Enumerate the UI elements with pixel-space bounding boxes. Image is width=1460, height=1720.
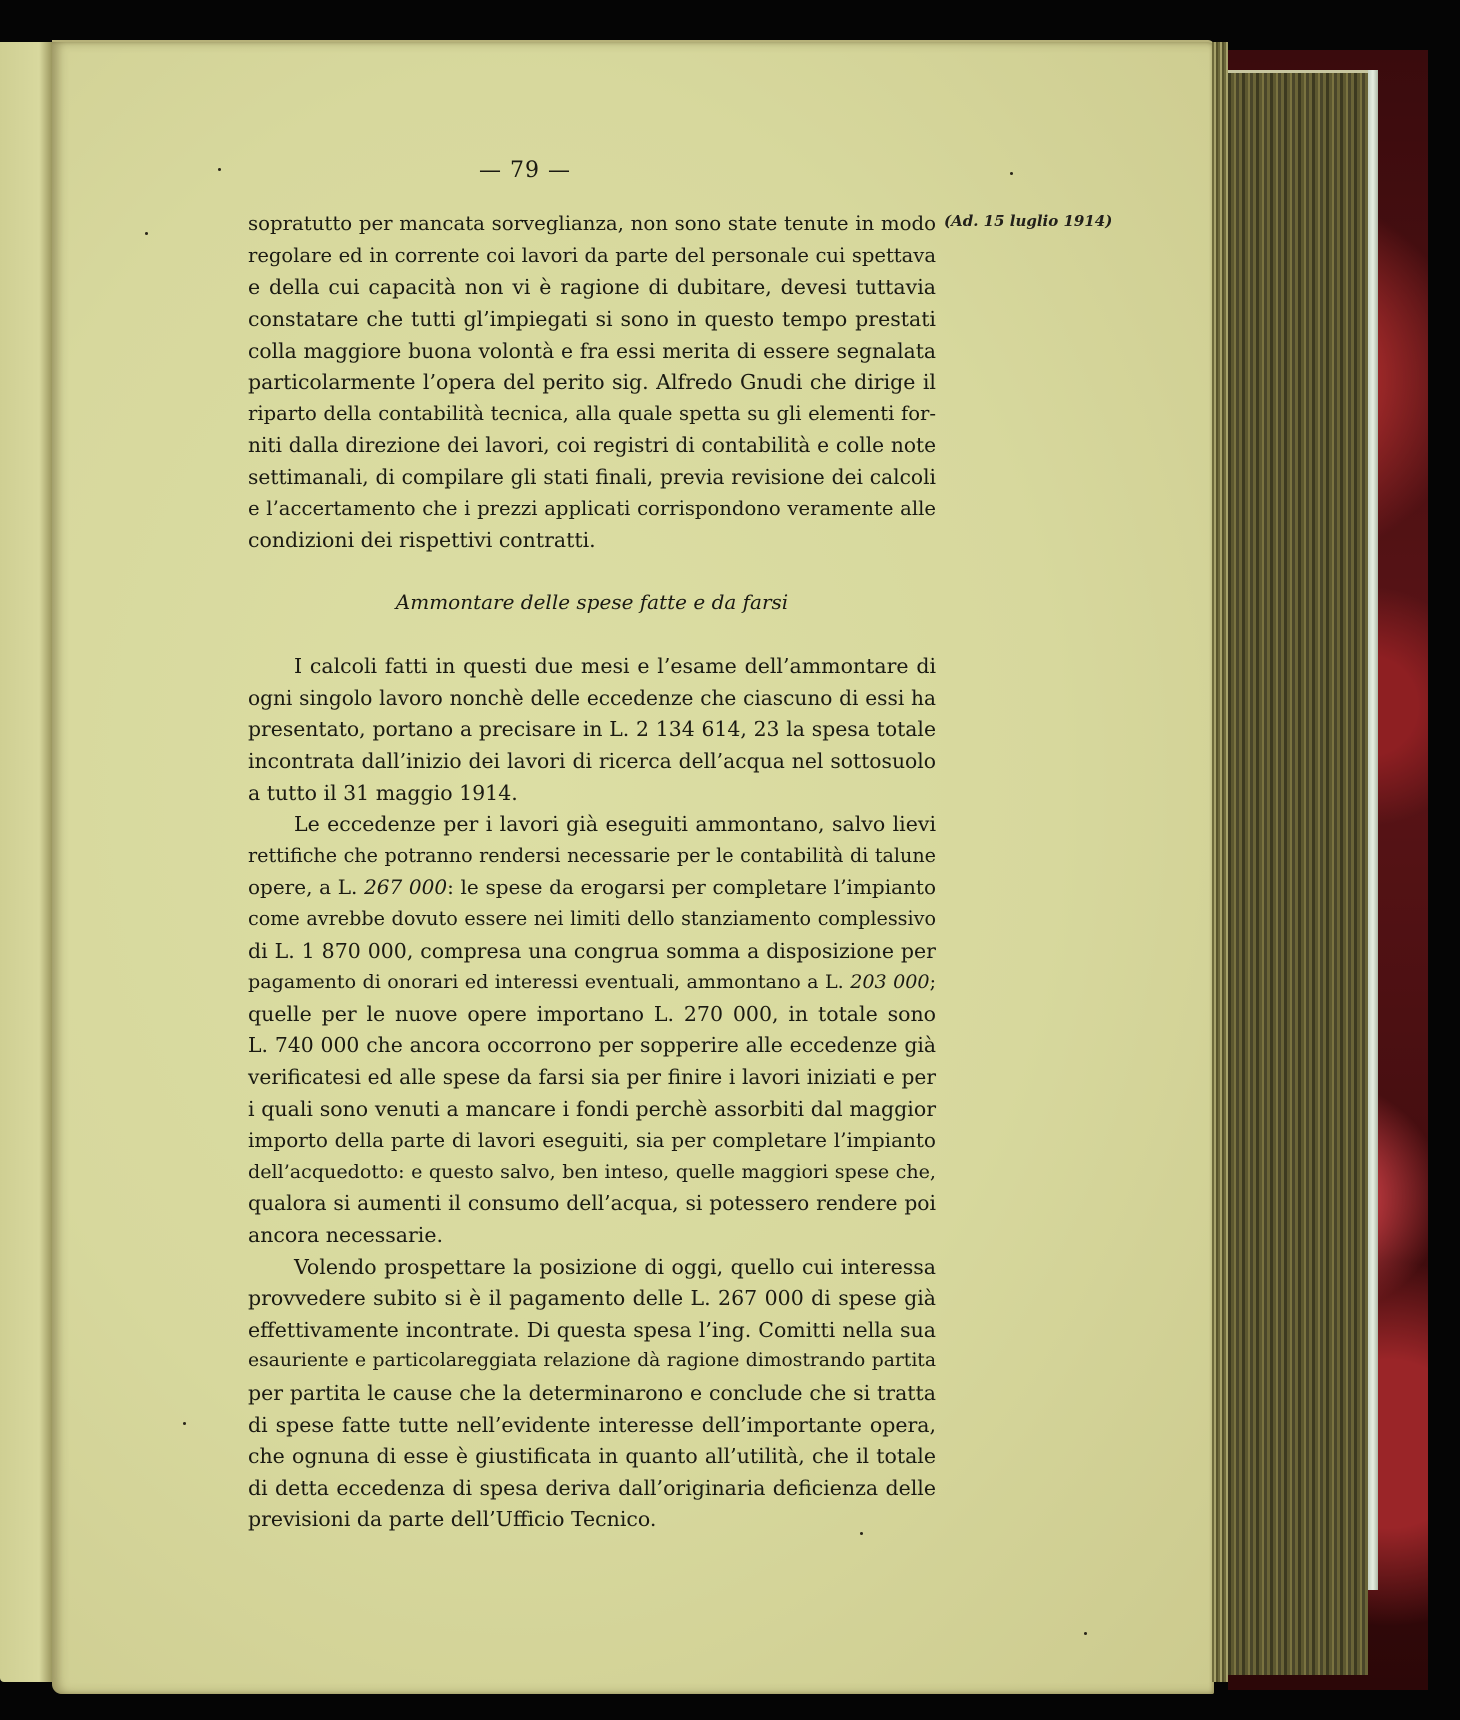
page-number: — 79 — xyxy=(470,158,580,183)
book-fore-edge xyxy=(1228,70,1368,1675)
text-line: settimanali, di compilare gli stati fina… xyxy=(248,462,936,492)
text-line: sopratutto per mancata sorveglianza, non… xyxy=(248,209,936,239)
text-line: quelle per le nuove opere importano L. 2… xyxy=(248,999,936,1029)
text-line: di spese fatte tutte nell’evidente inter… xyxy=(248,1410,936,1440)
text-line: incontrata dall’inizio dei lavori di ric… xyxy=(248,746,936,776)
text-line: di L. 1 870 000, compresa una congrua so… xyxy=(248,936,936,966)
text-line: L. 740 000 che ancora occorrono per sopp… xyxy=(248,1030,936,1060)
text-line: ancora necessarie. xyxy=(248,1220,936,1250)
text-line: provvedere subito si è il pagamento dell… xyxy=(248,1283,936,1313)
text-line: colla maggiore buona volontà e fra essi … xyxy=(248,336,936,366)
text-line: riparto della contabilità tecnica, alla … xyxy=(248,399,936,429)
paper-speck xyxy=(183,1422,186,1425)
text-line: particolarmente l’opera del perito sig. … xyxy=(248,367,936,397)
italic-amount: 203 000 xyxy=(850,970,929,993)
text-line: di detta eccedenza di spesa deriva dall’… xyxy=(248,1473,936,1503)
text-line: e della cui capacità non vi è ragione di… xyxy=(248,272,936,302)
text-line: I calcoli fatti in questi due mesi e l’e… xyxy=(248,651,936,681)
text-line: importo della parte di lavori eseguiti, … xyxy=(248,1125,936,1155)
text-line: e l’accertamento che i prezzi applicati … xyxy=(248,494,936,524)
text-line: come avrebbe dovuto essere nei limiti de… xyxy=(248,904,936,934)
text-line: previsioni da parte dell’Ufficio Tecnico… xyxy=(248,1504,936,1534)
text-line: Le eccedenze per i lavori già eseguiti a… xyxy=(248,809,936,839)
paper-speck xyxy=(860,1532,863,1535)
previous-page-edge xyxy=(0,42,56,1682)
page-edge-stack xyxy=(1212,42,1228,1682)
text-line: Volendo prospettare la posizione di oggi… xyxy=(248,1252,936,1282)
text-line: verificatesi ed alle spese da farsi sia … xyxy=(248,1062,936,1092)
text-line: qualora si aumenti il consumo dell’acqua… xyxy=(248,1188,936,1218)
text-line: a tutto il 31 maggio 1914. xyxy=(248,778,936,808)
text-line: effettivamente incontrate. Di questa spe… xyxy=(248,1315,936,1345)
text-line: per partita le cause che la determinaron… xyxy=(248,1378,936,1408)
text-line: constatare che tutti gl’impiegati si son… xyxy=(248,304,936,334)
text-line: che ognuna di esse è giustificata in qua… xyxy=(248,1441,936,1471)
text-line: dell’acquedotto: e questo salvo, ben int… xyxy=(248,1157,936,1187)
paper-speck xyxy=(1084,1632,1087,1635)
text-line: rettifiche che potranno rendersi necessa… xyxy=(248,841,936,871)
paper-speck xyxy=(1010,172,1013,175)
text-line: i quali sono venuti a mancare i fondi pe… xyxy=(248,1094,936,1124)
section-heading: Ammontare delle spese fatte e da farsi xyxy=(248,587,936,617)
text-line: pagamento di onorari ed interessi eventu… xyxy=(248,967,936,997)
text-line: regolare ed in corrente coi lavori da pa… xyxy=(248,241,936,271)
text-line: niti dalla direzione dei lavori, coi reg… xyxy=(248,430,936,460)
text-line: ogni singolo lavoro nonchè delle ecceden… xyxy=(248,683,936,713)
text-line: condizioni dei rispettivi contratti. xyxy=(248,525,936,555)
endpaper-edge xyxy=(1368,70,1378,1590)
margin-note-date: (Ad. 15 luglio 1914) xyxy=(944,212,1112,230)
paper-speck xyxy=(218,168,221,171)
text-line: presentato, portano a precisare in L. 2 … xyxy=(248,714,936,744)
paper-speck xyxy=(145,232,148,235)
italic-amount: 267 000 xyxy=(364,875,447,899)
text-line: esauriente e particolareggiata relazione… xyxy=(248,1346,936,1376)
text-line: opere, a L. 267 000: le spese da erogars… xyxy=(248,872,936,902)
